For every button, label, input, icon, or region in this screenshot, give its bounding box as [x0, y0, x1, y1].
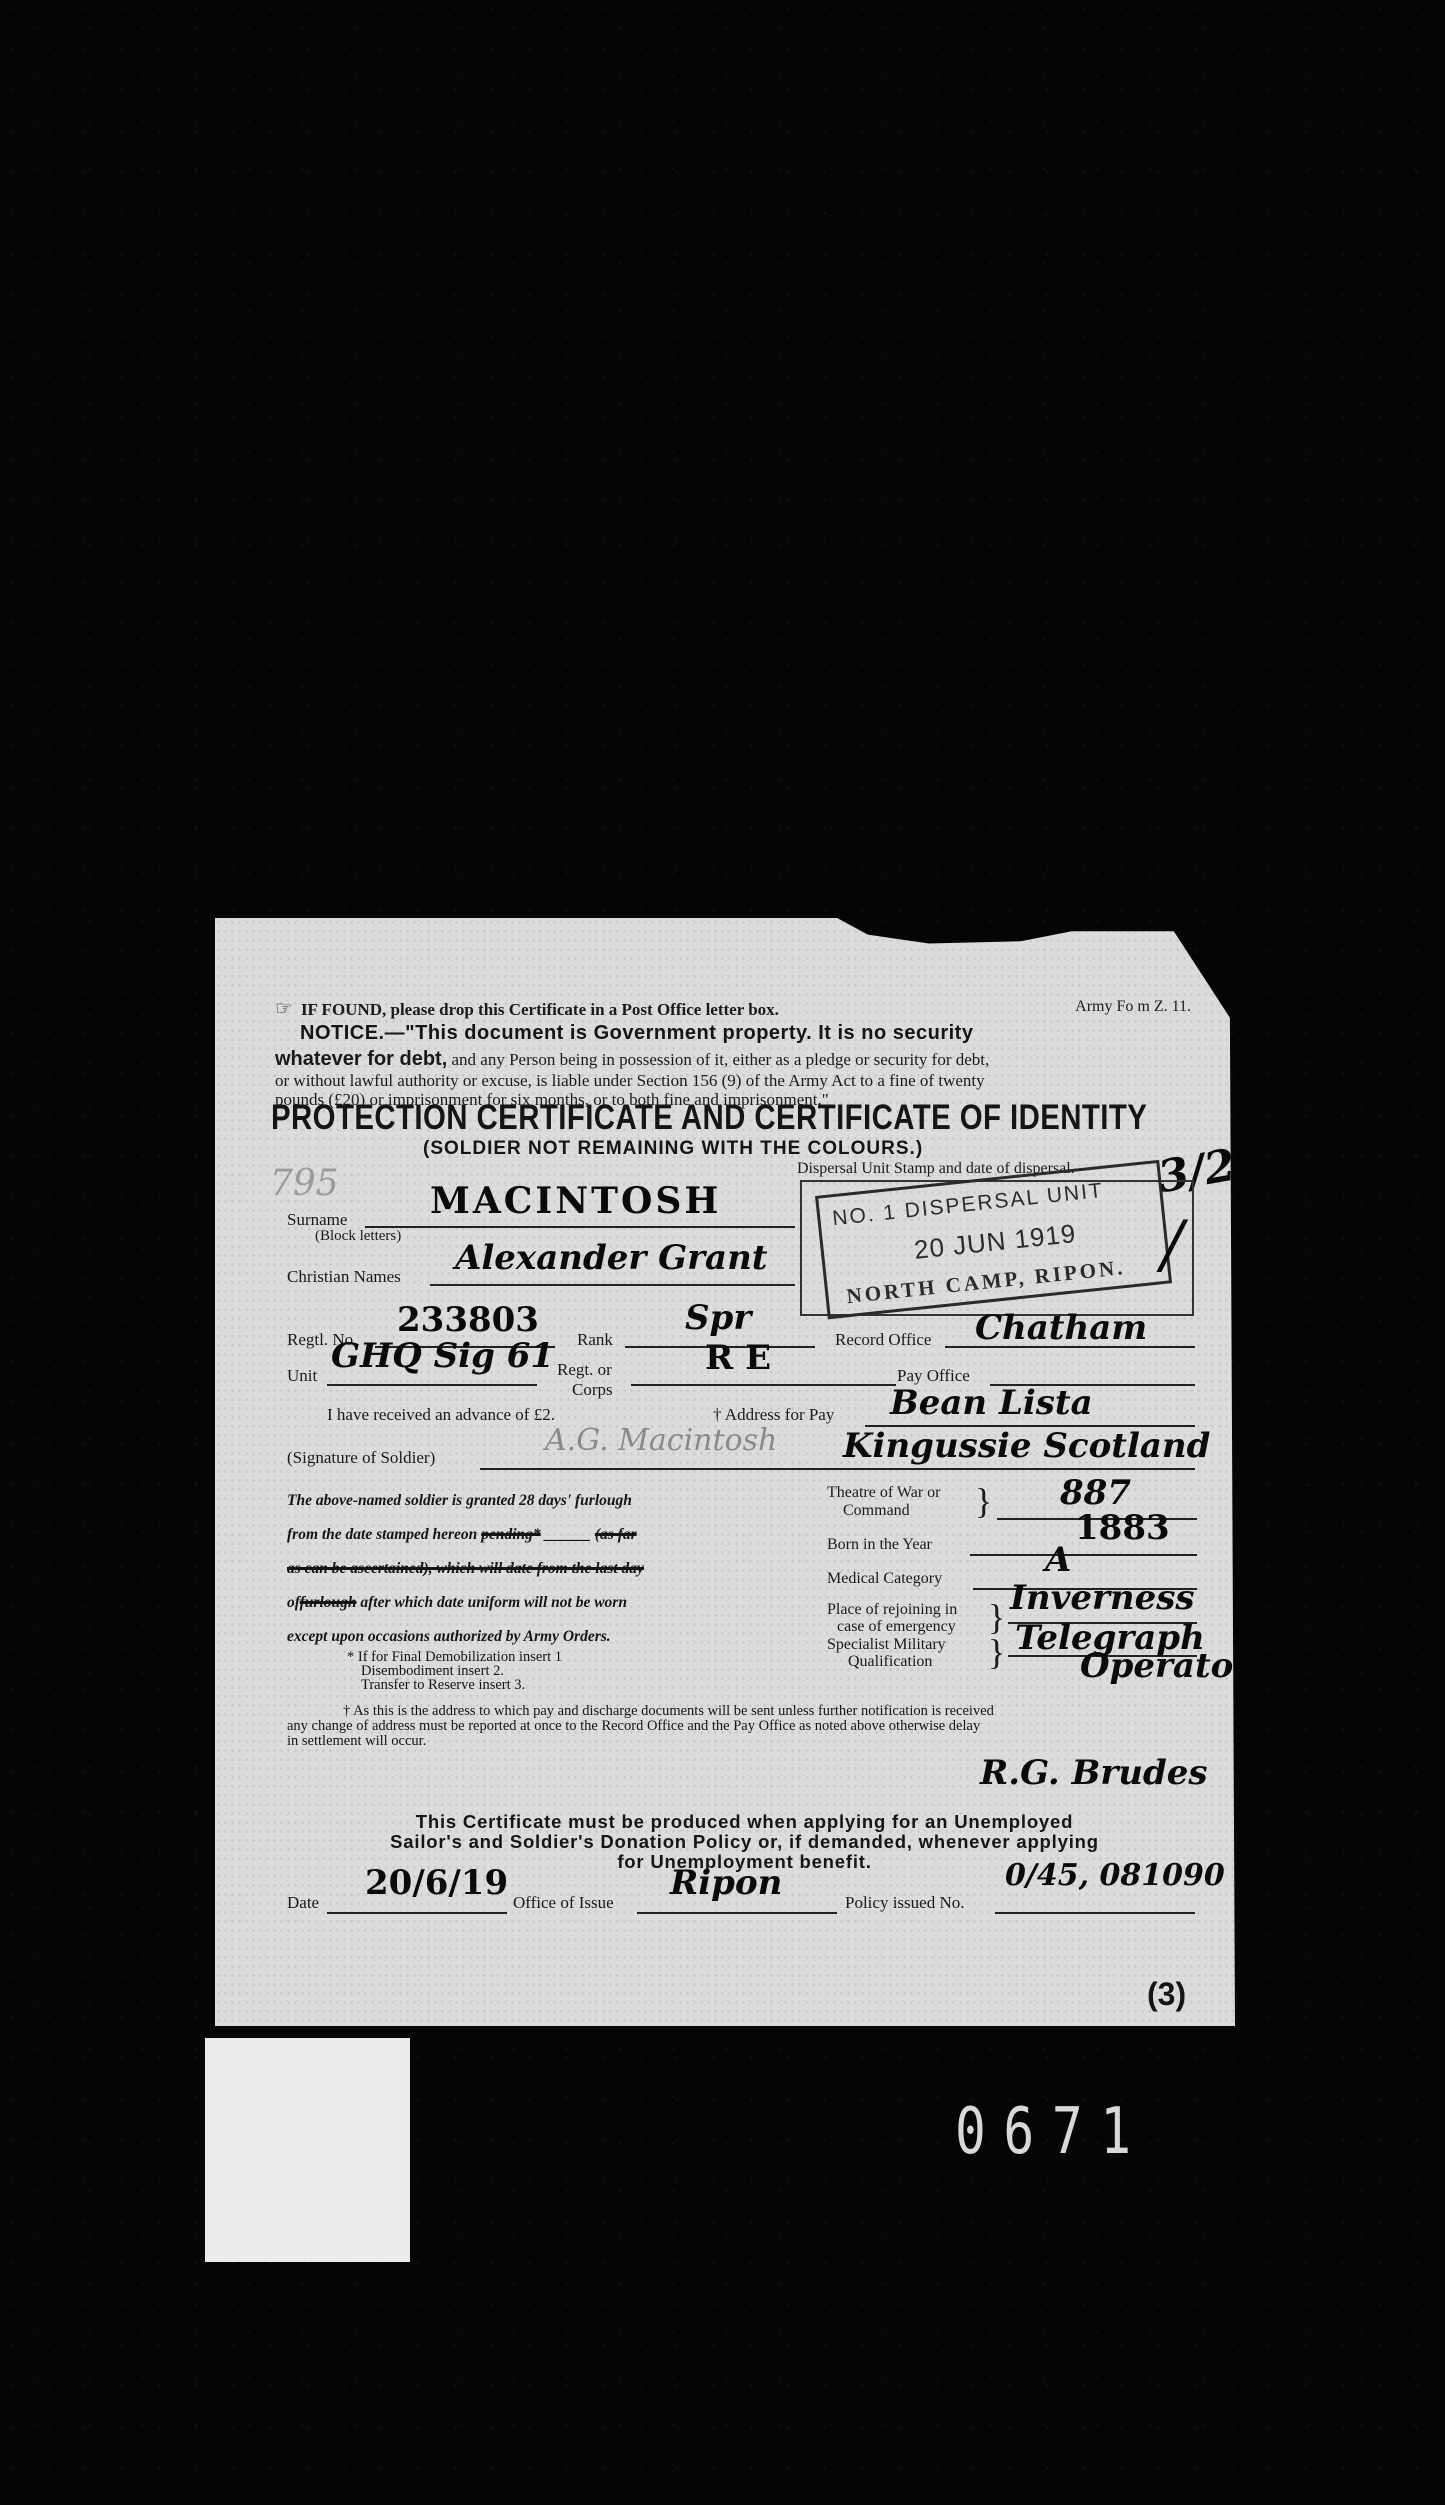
signature-label: (Signature of Soldier) — [287, 1448, 435, 1468]
specialist-label: Specialist Military — [827, 1636, 946, 1654]
christian-names-value: Alexander Grant — [455, 1238, 768, 1278]
date-rule — [327, 1912, 507, 1914]
regt-corps-value: R E — [705, 1338, 771, 1378]
signature-rule — [480, 1468, 1195, 1470]
theatre-label-2: Command — [843, 1502, 910, 1520]
surname-value: MACINTOSH — [430, 1180, 721, 1222]
rejoin-value: Inverness — [1010, 1578, 1195, 1618]
film-frame-counter: 0671 — [955, 2095, 1149, 2169]
officer-signature: R.G. Brudes — [980, 1753, 1208, 1793]
furlough-line-2a: from the date stamped hereon — [287, 1526, 477, 1543]
address-line-1: Bean Lista — [890, 1383, 1093, 1423]
footnote-dagger-3: in settlement will occur. — [287, 1733, 426, 1750]
specialist-label-2: Qualification — [848, 1653, 932, 1671]
surname-sublabel: (Block letters) — [315, 1228, 401, 1245]
record-office-label: Record Office — [835, 1330, 931, 1350]
office-of-issue-rule — [637, 1912, 837, 1914]
page-number: (3) — [1147, 1976, 1186, 2013]
record-office-value: Chatham — [975, 1308, 1147, 1348]
certificate-title: PROTECTION CERTIFICATE AND CERTIFICATE O… — [271, 1098, 1147, 1138]
furlough-struck-pending: pending* — [481, 1526, 540, 1543]
christian-names-label: Christian Names — [287, 1267, 401, 1287]
if-found-line: ☞IF FOUND, please drop this Certificate … — [275, 996, 779, 1021]
policy-label: Policy issued No. — [845, 1893, 964, 1913]
rank-label: Rank — [577, 1330, 613, 1350]
unit-label: Unit — [287, 1366, 317, 1386]
unit-rule — [327, 1384, 537, 1386]
born-rule — [970, 1554, 1197, 1556]
soldier-signature: A.G. Macintosh — [545, 1423, 777, 1458]
protection-certificate: ☞IF FOUND, please drop this Certificate … — [215, 918, 1235, 2026]
specialist-brace: } — [988, 1631, 1005, 1673]
theatre-label: Theatre of War or — [827, 1484, 940, 1502]
date-label: Date — [287, 1893, 319, 1913]
furlough-blank: ______ — [545, 1526, 592, 1543]
furlough-line-1: The above-named soldier is granted 28 da… — [287, 1492, 632, 1510]
film-target-card — [205, 2038, 410, 2262]
furlough-line-4b: after which date uniform will not be wor… — [360, 1594, 627, 1611]
furlough-line-2c: (as far — [595, 1526, 637, 1543]
form-number: Army Fo m Z. 11. — [1075, 998, 1191, 1016]
date-value: 20/6/19 — [365, 1863, 508, 1903]
surname-rule — [365, 1226, 795, 1228]
if-found-text: IF FOUND, please drop this Certificate i… — [301, 1000, 779, 1019]
theatre-brace: } — [975, 1480, 992, 1522]
policy-value: 0/45, 081090 — [1005, 1858, 1225, 1893]
rejoin-label: Place of rejoining in — [827, 1601, 957, 1619]
medical-value: A — [1045, 1540, 1071, 1580]
furlough-line-3: as can be ascertained), which will date … — [287, 1560, 644, 1578]
stamp-date: 20 JUN 1919 — [913, 1218, 1078, 1266]
born-label: Born in the Year — [827, 1536, 932, 1554]
pointing-hand-icon: ☞ — [275, 996, 293, 1021]
certificate-notice-line-1: This Certificate must be produced when a… — [287, 1811, 1202, 1833]
surname-label: Surname — [287, 1210, 347, 1230]
rank-value: Spr — [685, 1298, 751, 1338]
christian-names-rule — [430, 1284, 795, 1286]
furlough-line-4a: of — [287, 1594, 300, 1611]
notice-bold: whatever for debt, — [275, 1048, 447, 1070]
theatre-value: 887 — [1060, 1473, 1131, 1513]
certificate-notice-line-2: Sailor's and Soldier's Donation Policy o… — [287, 1831, 1202, 1853]
furlough-line-2: from the date stamped hereon pending* __… — [287, 1526, 637, 1544]
address-line-2: Kingussie Scotland — [843, 1426, 1210, 1466]
office-of-issue-value: Ripon — [670, 1863, 782, 1903]
born-value: 1883 — [1075, 1508, 1170, 1548]
notice-line-1: NOTICE.—"This document is Government pro… — [300, 1022, 973, 1045]
tick-mark: / — [1161, 1208, 1183, 1282]
notice-line-2: whatever for debt, and any Person being … — [275, 1048, 989, 1071]
furlough-line-4: offurlough after which date uniform will… — [287, 1594, 627, 1612]
medical-label: Medical Category — [827, 1570, 942, 1588]
unit-value: GHQ Sig 61 — [331, 1336, 554, 1376]
regt-corps-label-2: Corps — [572, 1380, 613, 1400]
regtl-no-value: 233803 — [397, 1300, 539, 1340]
furlough-line-5: except upon occasions authorized by Army… — [287, 1628, 611, 1646]
penciled-number: 795 — [270, 1163, 339, 1204]
policy-rule — [995, 1912, 1195, 1914]
office-of-issue-label: Office of Issue — [513, 1893, 614, 1913]
address-label: † Address for Pay — [713, 1405, 834, 1425]
notice-rest: and any Person being in possession of it… — [452, 1050, 990, 1069]
specialist-value-2: Operator — [1080, 1646, 1251, 1686]
advance-text: I have received an advance of £2. — [327, 1405, 555, 1425]
furlough-struck-word: furlough — [300, 1594, 357, 1611]
regt-corps-rule — [631, 1384, 896, 1386]
certificate-subtitle: (SOLDIER NOT REMAINING WITH THE COLOURS.… — [423, 1138, 923, 1160]
regt-corps-label: Regt. or — [557, 1360, 612, 1380]
notice-line-3: or without lawful authority or excuse, i… — [275, 1071, 985, 1091]
footnote-star-3: Transfer to Reserve insert 3. — [361, 1677, 525, 1694]
rejoin-label-2: case of emergency — [837, 1618, 956, 1636]
